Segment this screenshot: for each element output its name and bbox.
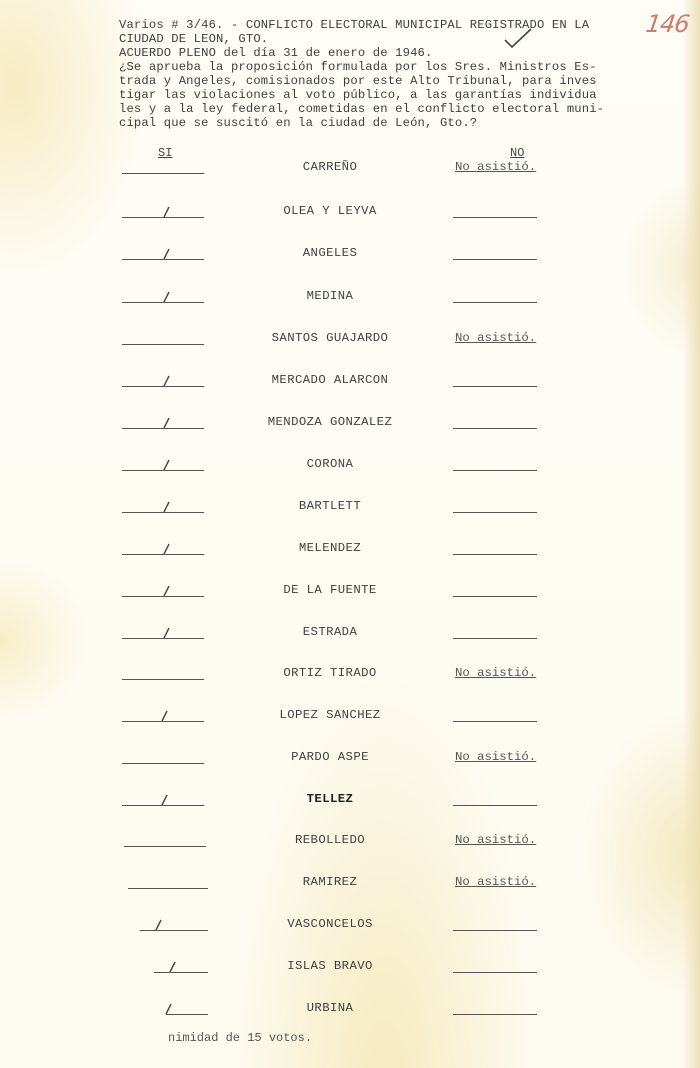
no-vote-line bbox=[453, 721, 537, 722]
vote-row: CARREÑONo asistió. bbox=[0, 158, 700, 182]
minister-name: SANTOS GUAJARDO bbox=[250, 331, 410, 345]
slash-mark-icon bbox=[160, 246, 174, 260]
absence-text: No asistió. bbox=[455, 331, 536, 345]
vote-row: MERCADO ALARCON bbox=[0, 371, 700, 395]
slash-mark-icon bbox=[160, 625, 174, 639]
vote-row: OLEA Y LEYVA bbox=[0, 202, 700, 226]
minister-name: MELENDEZ bbox=[250, 541, 410, 555]
vote-row: ESTRADA bbox=[0, 623, 700, 647]
minister-name: MERCADO ALARCON bbox=[250, 373, 410, 387]
header-line: Varios # 3/46. - CONFLICTO ELECTORAL MUN… bbox=[119, 18, 649, 32]
slash-mark-icon bbox=[160, 373, 174, 387]
vote-row: VASCONCELOS bbox=[0, 915, 700, 939]
slash-mark-icon bbox=[160, 499, 174, 513]
minister-name: LOPEZ SANCHEZ bbox=[250, 708, 410, 722]
minister-name: ANGELES bbox=[250, 246, 410, 260]
slash-mark-icon bbox=[160, 415, 174, 429]
slash-mark-icon bbox=[158, 708, 172, 722]
vote-row: MENDOZA GONZALEZ bbox=[0, 413, 700, 437]
si-vote-line bbox=[122, 173, 204, 174]
no-vote-line bbox=[453, 512, 537, 513]
header-line: trada y Angeles, comisionados por este A… bbox=[119, 74, 649, 88]
no-vote-line bbox=[453, 972, 537, 973]
slash-mark-icon bbox=[158, 792, 172, 806]
slash-mark-icon bbox=[160, 541, 174, 555]
minister-name: OLEA Y LEYVA bbox=[250, 204, 410, 218]
minister-name: MEDINA bbox=[250, 289, 410, 303]
minister-name: REBOLLEDO bbox=[250, 833, 410, 847]
vote-row: TELLEZ bbox=[0, 790, 700, 814]
si-vote-line bbox=[122, 763, 204, 764]
no-vote-line bbox=[453, 638, 537, 639]
header-line: les y a la ley federal, cometidas en el … bbox=[119, 102, 649, 116]
minister-name: CARREÑO bbox=[250, 160, 410, 174]
vote-row: ORTIZ TIRADONo asistió. bbox=[0, 664, 700, 688]
minister-name: PARDO ASPE bbox=[250, 750, 410, 764]
no-vote-line bbox=[453, 302, 537, 303]
vote-row: ISLAS BRAVO bbox=[0, 957, 700, 981]
absence-note: No asistió. bbox=[455, 875, 536, 889]
minister-name: MENDOZA GONZALEZ bbox=[250, 415, 410, 429]
vote-row: CORONA bbox=[0, 455, 700, 479]
absence-text: No asistió. bbox=[455, 160, 536, 174]
no-vote-line bbox=[453, 259, 537, 260]
header-line: ¿Se aprueba la proposición formulada por… bbox=[119, 60, 649, 74]
vote-row: DE LA FUENTE bbox=[0, 581, 700, 605]
vote-row: REBOLLEDONo asistió. bbox=[0, 831, 700, 855]
absence-note: No asistió. bbox=[455, 750, 536, 764]
no-vote-line bbox=[453, 428, 537, 429]
vote-row: LOPEZ SANCHEZ bbox=[0, 706, 700, 730]
minister-name: VASCONCELOS bbox=[250, 917, 410, 931]
vote-row: RAMIREZNo asistió. bbox=[0, 873, 700, 897]
slash-mark-icon bbox=[160, 583, 174, 597]
absence-text: No asistió. bbox=[455, 750, 536, 764]
absence-text: No asistió. bbox=[455, 666, 536, 680]
slash-mark-icon bbox=[166, 959, 180, 973]
vote-row: URBINA bbox=[0, 999, 700, 1023]
minister-name: TELLEZ bbox=[250, 792, 410, 806]
minister-name: CORONA bbox=[250, 457, 410, 471]
minister-name: ISLAS BRAVO bbox=[250, 959, 410, 973]
minister-name: URBINA bbox=[250, 1001, 410, 1015]
slash-mark-icon bbox=[162, 1001, 176, 1015]
slash-mark-icon bbox=[160, 204, 174, 218]
si-vote-line bbox=[122, 344, 204, 345]
si-vote-line bbox=[154, 972, 208, 973]
minister-name: DE LA FUENTE bbox=[250, 583, 410, 597]
vote-row: SANTOS GUAJARDONo asistió. bbox=[0, 329, 700, 353]
no-vote-line bbox=[453, 805, 537, 806]
absence-note: No asistió. bbox=[455, 331, 536, 345]
si-vote-line bbox=[124, 846, 206, 847]
vote-row: BARTLETT bbox=[0, 497, 700, 521]
absence-note: No asistió. bbox=[455, 666, 536, 680]
no-vote-line bbox=[453, 930, 537, 931]
no-vote-line bbox=[453, 554, 537, 555]
absence-text: No asistió. bbox=[455, 833, 536, 847]
slash-mark-icon bbox=[152, 917, 166, 931]
header-line: tigar las violaciones al voto público, a… bbox=[119, 88, 649, 102]
minister-name: ORTIZ TIRADO bbox=[250, 666, 410, 680]
page-number: 146 bbox=[644, 10, 691, 38]
no-vote-line bbox=[453, 470, 537, 471]
slash-mark-icon bbox=[160, 457, 174, 471]
minister-name: ESTRADA bbox=[250, 625, 410, 639]
header-line: ACUERDO PLENO del día 31 de enero de 194… bbox=[119, 46, 649, 60]
absence-note: No asistió. bbox=[455, 833, 536, 847]
slash-mark-icon bbox=[160, 289, 174, 303]
header-line: cipal que se suscitó en la ciudad de Leó… bbox=[119, 116, 649, 130]
si-vote-line bbox=[140, 930, 208, 931]
absence-text: No asistió. bbox=[455, 875, 536, 889]
vote-row: MELENDEZ bbox=[0, 539, 700, 563]
minister-name: RAMIREZ bbox=[250, 875, 410, 889]
absence-note: No asistió. bbox=[455, 160, 536, 174]
minister-name: BARTLETT bbox=[250, 499, 410, 513]
no-vote-line bbox=[453, 596, 537, 597]
si-vote-line bbox=[128, 888, 208, 889]
document-header: Varios # 3/46. - CONFLICTO ELECTORAL MUN… bbox=[119, 18, 649, 130]
vote-row: MEDINA bbox=[0, 287, 700, 311]
si-vote-line bbox=[122, 679, 204, 680]
no-vote-line bbox=[453, 217, 537, 218]
header-line: CIUDAD DE LEON, GTO. bbox=[119, 32, 649, 46]
footer-note: nimidad de 15 votos. bbox=[168, 1031, 312, 1045]
vote-row: PARDO ASPENo asistió. bbox=[0, 748, 700, 772]
no-vote-line bbox=[453, 1014, 537, 1015]
vote-row: ANGELES bbox=[0, 244, 700, 268]
no-vote-line bbox=[453, 386, 537, 387]
